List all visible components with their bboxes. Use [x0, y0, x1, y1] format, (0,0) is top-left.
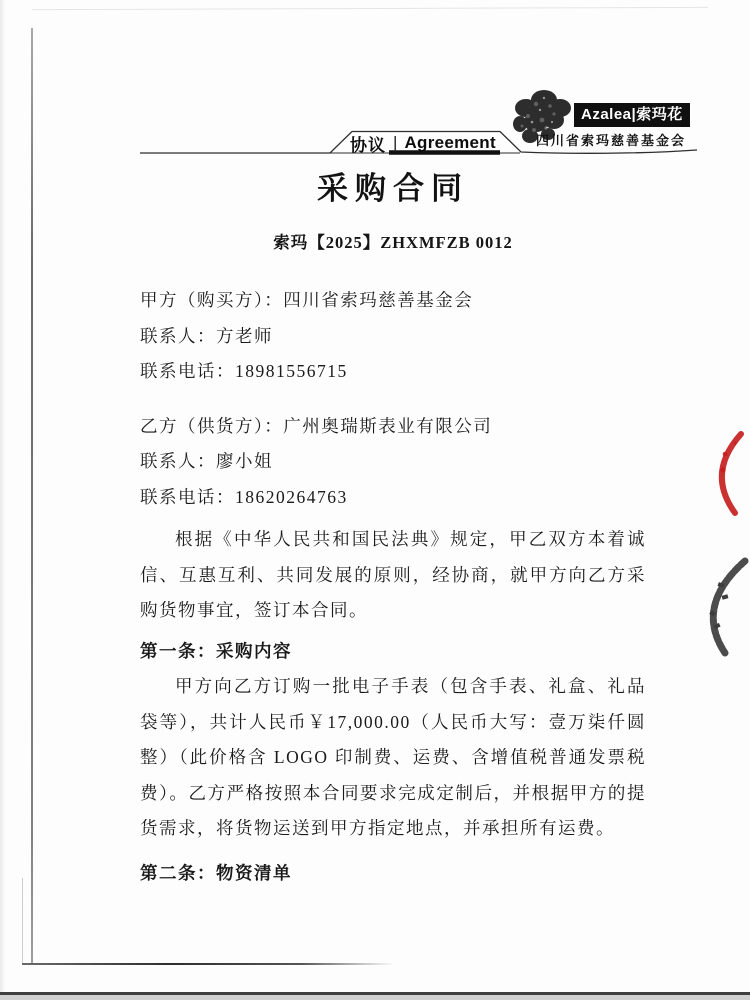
contract-number: 索玛【2025】ZHXMFZB 0012 — [140, 229, 646, 253]
scanner-bottom-strip — [0, 995, 750, 1000]
paper-left-edge-line — [31, 28, 33, 965]
paper-bottom-edge-line — [22, 963, 394, 965]
paper-left-edge-line-faint — [22, 878, 23, 964]
section-1-body: 甲方向乙方订购一批电子手表（包含手表、礼盒、礼品袋等），共计人民币￥17,000… — [140, 669, 646, 847]
party-b-contact-line: 联系人：廖小姐 — [140, 444, 646, 480]
band-label-en: Agreement — [404, 133, 496, 153]
party-a-contact-line: 联系人：方老师 — [140, 319, 646, 355]
band-label-zh: 协议 — [350, 131, 386, 156]
party-b-block: 乙方（供货方）：广州奥瑞斯表业有限公司 联系人：廖小姐 联系电话：1862026… — [140, 409, 646, 516]
logo-organization-name: 四川省索玛慈善基金会 — [536, 130, 706, 149]
logo-brand-badge: Azalea|索玛花 — [574, 103, 690, 127]
party-b-phone-line: 联系电话：18620264763 — [140, 480, 646, 516]
band-label-separator: | — [393, 133, 397, 153]
paper-top-edge-line — [32, 7, 708, 10]
section-2-heading: 第二条：物资清单 — [140, 856, 646, 892]
scanned-contract-page: Azalea|索玛花 四川省索玛慈善基金会 协议 | Agreement 采购合… — [0, 0, 750, 1000]
contract-preamble: 根据《中华人民共和国民法典》规定，甲乙双方本着诚信、互惠互利、共同发展的原则，经… — [140, 522, 646, 629]
red-seal-edge-icon — [720, 434, 741, 513]
contract-body: 甲方（购买方）：四川省索玛慈善基金会 联系人：方老师 联系电话：18981556… — [140, 283, 646, 891]
agreement-band-label: 协议 | Agreement — [338, 132, 508, 154]
party-a-name-line: 甲方（购买方）：四川省索玛慈善基金会 — [140, 283, 646, 319]
party-a-phone-line: 联系电话：18981556715 — [140, 354, 646, 390]
section-1-heading: 第一条：采购内容 — [140, 634, 646, 670]
scanner-left-edge-shadow — [0, 0, 6, 1000]
contract-title: 采购合同 — [140, 163, 646, 208]
party-b-name-line: 乙方（供货方）：广州奥瑞斯表业有限公司 — [140, 409, 646, 445]
black-seal-edge-icon — [709, 561, 745, 653]
party-a-block: 甲方（购买方）：四川省索玛慈善基金会 联系人：方老师 联系电话：18981556… — [140, 283, 646, 390]
